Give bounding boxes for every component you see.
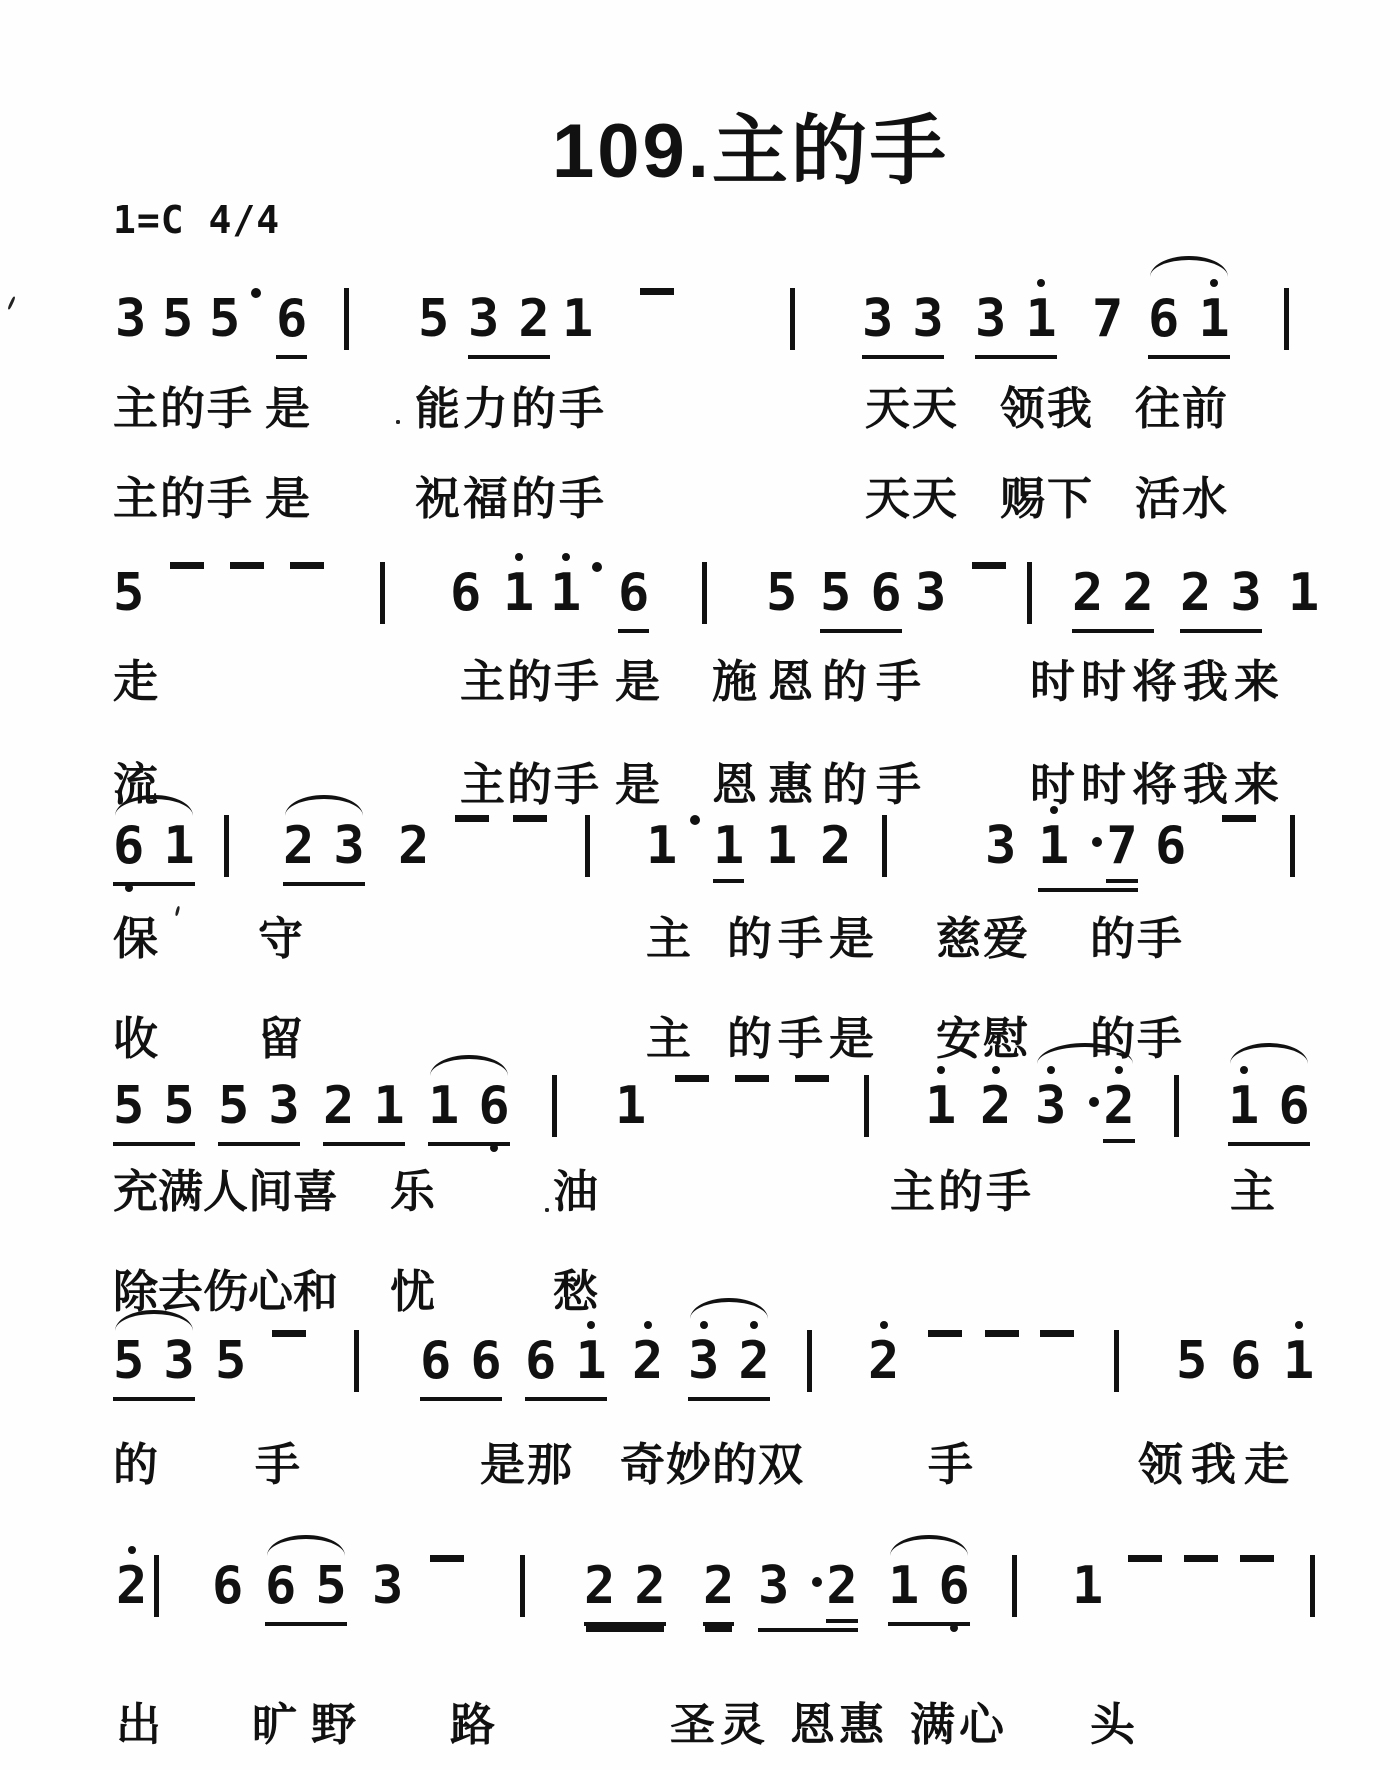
lyric-segment: 活水 xyxy=(1135,462,1229,527)
note-token: 2 xyxy=(584,1555,615,1617)
note-digit: 1 xyxy=(1072,1556,1103,1616)
barline xyxy=(585,815,590,877)
lyric-segment: 安慰 xyxy=(936,1002,1030,1067)
note-digit: 2 xyxy=(116,1556,147,1616)
note-token: 5 xyxy=(418,288,449,350)
note-token: 2 xyxy=(1103,1075,1134,1143)
note-token: 6 xyxy=(1230,1330,1261,1392)
note-digit: 6 xyxy=(113,816,144,876)
octave-dot-above xyxy=(1037,279,1045,287)
note-digit: 1 xyxy=(1038,816,1069,876)
note-group xyxy=(880,815,887,877)
lyric-segment: 恩 xyxy=(712,748,757,813)
note-digit: 2 xyxy=(738,1331,769,1391)
augmentation-dot xyxy=(1092,837,1102,847)
note-group xyxy=(640,288,674,322)
note-token: 6 xyxy=(420,1330,451,1392)
octave-dot-above xyxy=(644,1321,652,1329)
note-digit: 6 xyxy=(212,1556,243,1616)
note-group-slur: 16 xyxy=(888,1555,970,1626)
dash-extension xyxy=(985,1330,1019,1337)
note-token: 6 xyxy=(113,815,144,877)
dash-extension xyxy=(1240,1555,1274,1562)
lyrics-line: 保守主的手是慈爱的手 xyxy=(0,902,1400,964)
dash-extension xyxy=(1040,1330,1074,1337)
dash-extension xyxy=(1222,815,1256,822)
lyric-segment: 祝福的手 xyxy=(415,462,607,527)
lyric-segment: 圣灵 xyxy=(670,1688,770,1753)
octave-dot-above xyxy=(1050,806,1058,814)
note-digit: 5 xyxy=(315,1556,346,1616)
note-digit: 5 xyxy=(163,1076,194,1136)
lyric-segment: 旷野 xyxy=(252,1688,370,1753)
note-group: 2 xyxy=(116,1555,147,1617)
note-digit: 1 xyxy=(1228,1076,1259,1136)
note-digit: 3 xyxy=(468,289,499,349)
notes-line-5: 53566612322561 xyxy=(0,1330,1400,1408)
note-group xyxy=(1308,1555,1315,1617)
dash-extension xyxy=(455,815,489,822)
note-token: 2 xyxy=(738,1330,769,1392)
note-group xyxy=(1112,1330,1119,1392)
note-digit: 1 xyxy=(1025,289,1056,349)
barline xyxy=(1027,562,1032,624)
note-digit: 1 xyxy=(163,816,194,876)
barline xyxy=(1012,1555,1017,1617)
note-token: 1 xyxy=(1072,1555,1103,1617)
lyric-segment: 手 xyxy=(928,1428,973,1493)
note-token: 2 xyxy=(283,815,314,877)
lyric-segment: 天天 xyxy=(865,372,959,437)
note-group: 3 xyxy=(372,1555,403,1617)
octave-dot-above xyxy=(587,1321,595,1329)
barline xyxy=(354,1330,359,1392)
note-group xyxy=(352,1330,359,1392)
note-digit: 6 xyxy=(450,563,481,623)
note-digit: 5 xyxy=(418,289,449,349)
octave-dot-above xyxy=(700,1321,708,1329)
note-group xyxy=(686,815,700,846)
note-group: 6 xyxy=(1230,1330,1261,1392)
note-token: 5 xyxy=(820,562,851,624)
note-group: 2 xyxy=(980,1075,1011,1137)
note-digit: 2 xyxy=(820,816,851,876)
note-token: 3 xyxy=(985,815,1016,877)
note-group: 1 xyxy=(550,562,581,624)
note-digit: 3 xyxy=(912,289,943,349)
note-group xyxy=(430,1555,464,1589)
note-token: 1 xyxy=(163,815,194,877)
barline xyxy=(807,1330,812,1392)
note-token: 5 xyxy=(113,1330,144,1392)
lyric-segment: 是那 xyxy=(480,1428,574,1493)
note-digit: 6 xyxy=(276,289,307,349)
note-group-slur: 65 xyxy=(265,1555,347,1626)
note-token: 3 xyxy=(1230,562,1261,624)
note-digit: 6 xyxy=(470,1331,501,1391)
note-token: 2 xyxy=(980,1075,1011,1137)
notes-line-3: 6123211123176 xyxy=(0,815,1400,893)
note-group: 55 xyxy=(113,1075,195,1146)
note-token: 3 xyxy=(862,288,893,350)
note-group: 1 xyxy=(646,815,677,877)
note-group xyxy=(862,1075,869,1137)
note-group xyxy=(455,815,489,849)
note-digit: 1 xyxy=(428,1076,459,1136)
lyric-segment: 的手是 xyxy=(727,1002,880,1067)
note-token: 1 xyxy=(1283,1330,1314,1392)
lyrics-line: 的手是那奇妙的双手领我走 xyxy=(0,1428,1400,1490)
note-token: 1 xyxy=(888,1555,919,1617)
note-token: 2 xyxy=(868,1330,899,1392)
note-digit: 1 xyxy=(646,816,677,876)
note-group xyxy=(788,288,795,350)
lyrics-line: 走主的手是施恩的手时时将我来 xyxy=(0,645,1400,707)
note-digit: 3 xyxy=(985,816,1016,876)
note-group: 22 xyxy=(584,1555,666,1626)
note-group: 1 xyxy=(766,815,797,877)
note-digit: 3 xyxy=(1035,1076,1066,1136)
note-group: 2 xyxy=(820,815,851,877)
lyric-segment: 惠的手 xyxy=(768,748,930,813)
lyrics-line: 收留主的手是安慰的手 xyxy=(0,1002,1400,1064)
octave-dot-above xyxy=(1047,1066,1055,1074)
note-digit: 1 xyxy=(713,816,744,876)
lyrics-line: 主的手是能力的手天天领我往前 xyxy=(0,372,1400,434)
note-group-slur: 16 xyxy=(1228,1075,1310,1146)
lyric-segment: 是 xyxy=(615,645,660,710)
dash-extension xyxy=(513,815,547,822)
note-token: 1 xyxy=(1038,815,1069,877)
lyric-segment: 主的手 xyxy=(113,462,254,527)
note-group-slur: 32 xyxy=(688,1330,770,1401)
note-token: 1 xyxy=(1288,562,1319,624)
note-group xyxy=(805,1330,812,1392)
note-group xyxy=(230,562,264,596)
note-group: 5 xyxy=(418,288,449,350)
lyric-segment: 主的手 xyxy=(113,372,254,437)
lyric-segment: 主 xyxy=(1230,1155,1275,1220)
note-digit: 5 xyxy=(162,289,193,349)
lyrics-line: 流主的手是恩惠的手时时将我来 xyxy=(0,748,1400,810)
note-token: 2 xyxy=(323,1075,354,1137)
note-digit: 1 xyxy=(925,1076,956,1136)
note-token: 2 xyxy=(1122,562,1153,624)
lyric-segment: 的 xyxy=(113,1428,158,1493)
note-group: 1 xyxy=(925,1075,956,1137)
note-token: 1 xyxy=(1025,288,1056,350)
note-digit: 7 xyxy=(1106,816,1137,876)
lyric-segment: 奇妙的双 xyxy=(620,1428,804,1493)
note-token: 6 xyxy=(1155,815,1186,877)
note-digit: 1 xyxy=(1198,289,1229,349)
notes-line-2: 56116556322231 xyxy=(0,562,1400,640)
note-group-slur: 61 xyxy=(113,815,195,886)
note-token: 3 xyxy=(268,1075,299,1137)
note-group xyxy=(1025,562,1032,624)
note-digit: 2 xyxy=(868,1331,899,1391)
note-token: 6 xyxy=(212,1555,243,1617)
augmentation-dot xyxy=(1089,1097,1099,1107)
lyric-segment: 主的手 xyxy=(460,748,601,813)
note-token: 5 xyxy=(218,1075,249,1137)
note-token: 2 xyxy=(634,1555,665,1617)
note-token: 1 xyxy=(373,1075,404,1137)
lyric-segment: 愁 xyxy=(553,1255,598,1320)
note-group xyxy=(290,562,324,596)
note-group: 61 xyxy=(525,1330,607,1401)
lyric-segment: 忧 xyxy=(390,1255,435,1320)
octave-dot-above xyxy=(562,553,570,561)
barline xyxy=(520,1555,525,1617)
note-digit: 2 xyxy=(1072,563,1103,623)
sheet-music-page: 109.主的手 1=C 4/4 355653213331761主的手是能力的手天… xyxy=(0,0,1400,1770)
note-digit: 2 xyxy=(826,1556,857,1616)
note-group xyxy=(152,1555,159,1617)
note-group xyxy=(1282,288,1289,350)
note-digit: 5 xyxy=(113,1331,144,1391)
dash-extension xyxy=(928,1330,962,1337)
note-digit: 6 xyxy=(1148,289,1179,349)
note-group-slur: 23 xyxy=(283,815,365,886)
barline xyxy=(790,288,795,350)
note-digit: 3 xyxy=(115,289,146,349)
note-group xyxy=(1040,1330,1074,1364)
note-group: 6 xyxy=(276,288,307,359)
lyric-segment: 头 xyxy=(1090,1688,1135,1753)
octave-dot-above xyxy=(992,1066,1000,1074)
note-digit: 2 xyxy=(584,1556,615,1616)
lyric-segment: 领我走 xyxy=(1138,1428,1297,1493)
note-group: 1 xyxy=(713,815,744,883)
note-token: 7 xyxy=(1106,815,1137,883)
note-digit: 3 xyxy=(1230,563,1261,623)
lyric-segment: 主 xyxy=(646,1002,691,1067)
barline xyxy=(224,815,229,877)
note-group: 2 xyxy=(398,815,429,877)
note-group: 5 xyxy=(209,288,240,350)
lyric-segment: 主的手 xyxy=(460,645,601,710)
lyric-segment: 走 xyxy=(113,645,158,710)
note-digit: 1 xyxy=(373,1076,404,1136)
note-group: 5 xyxy=(1176,1330,1207,1392)
note-digit: 7 xyxy=(1092,289,1123,349)
note-token: 6 xyxy=(450,562,481,624)
lyric-segment: 往前 xyxy=(1135,372,1229,437)
note-group: 3 xyxy=(115,288,146,350)
note-token: 6 xyxy=(870,562,901,624)
note-digit: 2 xyxy=(518,289,549,349)
note-group xyxy=(1288,815,1295,877)
note-group xyxy=(1128,1555,1162,1589)
note-group xyxy=(675,1075,709,1109)
note-digit: 6 xyxy=(420,1331,451,1391)
note-group: 6 xyxy=(618,562,649,633)
note-token: 1 xyxy=(428,1075,459,1137)
note-group: 32 xyxy=(758,1555,858,1632)
note-group: 2 xyxy=(703,1555,734,1626)
note-group xyxy=(550,1075,557,1137)
barline xyxy=(154,1555,159,1617)
note-group xyxy=(972,562,1006,596)
note-digit: 5 xyxy=(218,1076,249,1136)
note-group xyxy=(378,562,385,624)
note-group xyxy=(222,815,229,877)
dash-extension xyxy=(1128,1555,1162,1562)
note-group xyxy=(513,815,547,849)
note-group xyxy=(1184,1555,1218,1589)
note-digit: 2 xyxy=(634,1556,665,1616)
lyric-segment: 出 xyxy=(116,1688,161,1753)
note-group xyxy=(272,1330,306,1364)
note-digit: 2 xyxy=(283,816,314,876)
lyric-segment: 充满人间喜 xyxy=(113,1155,338,1220)
octave-dot-below xyxy=(125,884,133,892)
note-token: 1 xyxy=(1228,1075,1259,1137)
dash-extension xyxy=(272,1330,306,1337)
note-group: 5 xyxy=(766,562,797,624)
note-token: 6 xyxy=(470,1330,501,1392)
note-digit: 3 xyxy=(758,1556,789,1616)
note-token: 3 xyxy=(372,1555,403,1617)
barline xyxy=(1114,1330,1119,1392)
lyric-segment: 的手 xyxy=(1090,902,1184,967)
lyric-segment: 是 xyxy=(615,748,660,813)
note-digit: 3 xyxy=(163,1331,194,1391)
note-digit: 2 xyxy=(632,1331,663,1391)
lyric-segment: 领我 xyxy=(1000,372,1094,437)
note-token: 1 xyxy=(646,815,677,877)
note-token: 6 xyxy=(265,1555,296,1617)
lyric-segment: 手 xyxy=(255,1428,300,1493)
note-digit: 6 xyxy=(938,1556,969,1616)
lyric-segment: 时时将我来 xyxy=(1030,748,1285,813)
lyric-segment: 路 xyxy=(450,1688,495,1753)
lyric-segment: 油 xyxy=(553,1155,598,1220)
note-token: 2 xyxy=(116,1555,147,1617)
note-digit: 2 xyxy=(980,1076,1011,1136)
octave-dot-above xyxy=(937,1066,945,1074)
note-group: 1 xyxy=(1072,1555,1103,1617)
note-group-slur: 32 xyxy=(1035,1075,1135,1143)
barline xyxy=(552,1075,557,1137)
note-group: 1 xyxy=(562,288,593,350)
note-group xyxy=(247,288,261,319)
note-digit: 6 xyxy=(870,563,901,623)
note-token: 5 xyxy=(163,1075,194,1137)
note-digit: 1 xyxy=(1283,1331,1314,1391)
note-group-slur: 53 xyxy=(113,1330,195,1401)
notes-line-6: 2665322232161 xyxy=(0,1555,1400,1633)
note-digit: 2 xyxy=(1122,563,1153,623)
note-group: 53 xyxy=(218,1075,300,1146)
note-group: 1 xyxy=(503,562,534,624)
barline xyxy=(702,562,707,624)
note-token: 3 xyxy=(915,562,946,624)
note-digit: 1 xyxy=(1288,563,1319,623)
note-group: 22 xyxy=(1072,562,1154,633)
octave-dot-above xyxy=(880,1321,888,1329)
note-digit: 5 xyxy=(1176,1331,1207,1391)
lyric-segment: 是 xyxy=(265,462,310,527)
note-group: 23 xyxy=(1180,562,1262,633)
lyric-segment: 时时将我来 xyxy=(1030,645,1285,710)
note-digit: 6 xyxy=(1230,1331,1261,1391)
note-digit: 1 xyxy=(550,563,581,623)
note-digit: 6 xyxy=(265,1556,296,1616)
note-group xyxy=(1222,815,1256,849)
note-token: 6 xyxy=(1148,288,1179,350)
note-digit: 2 xyxy=(398,816,429,876)
note-token: 3 xyxy=(1035,1075,1066,1137)
note-token: 3 xyxy=(758,1555,789,1617)
note-token: 2 xyxy=(398,815,429,877)
note-group xyxy=(928,1330,962,1364)
note-digit: 5 xyxy=(820,563,851,623)
note-group: 33 xyxy=(862,288,944,359)
octave-dot-above xyxy=(750,1321,758,1329)
note-token: 1 xyxy=(766,815,797,877)
note-group: 31 xyxy=(975,288,1057,359)
dash-extension xyxy=(290,562,324,569)
key-signature: 1=C 4/4 xyxy=(113,198,280,242)
note-token: 2 xyxy=(826,1555,857,1623)
note-token: 6 xyxy=(276,288,307,350)
barline xyxy=(1284,288,1289,350)
note-group-slur: 16 xyxy=(428,1075,510,1146)
note-token: 6 xyxy=(525,1330,556,1392)
note-group xyxy=(518,1555,525,1617)
note-digit: 6 xyxy=(1155,816,1186,876)
barline xyxy=(1290,815,1295,877)
barline xyxy=(864,1075,869,1137)
note-group: 3 xyxy=(915,562,946,624)
lyric-segment: 的手是 xyxy=(727,902,880,967)
note-digit: 3 xyxy=(688,1331,719,1391)
note-token: 2 xyxy=(820,815,851,877)
note-group: 6 xyxy=(1155,815,1186,877)
note-digit: 2 xyxy=(703,1556,734,1616)
note-token: 3 xyxy=(163,1330,194,1392)
note-digit: 3 xyxy=(915,563,946,623)
note-token: 6 xyxy=(1278,1075,1309,1137)
note-digit: 3 xyxy=(333,816,364,876)
note-digit: 5 xyxy=(209,289,240,349)
note-token: 3 xyxy=(333,815,364,877)
dash-extension xyxy=(795,1075,829,1082)
note-group: 3 xyxy=(985,815,1016,877)
note-digit: 3 xyxy=(975,289,1006,349)
note-group: 66 xyxy=(420,1330,502,1401)
note-group: 5 xyxy=(162,288,193,350)
note-digit: 5 xyxy=(113,563,144,623)
note-group: 17 xyxy=(1038,815,1138,892)
note-group xyxy=(583,815,590,877)
barline xyxy=(344,288,349,350)
note-digit: 1 xyxy=(575,1331,606,1391)
octave-dot-below xyxy=(490,1144,498,1152)
lyric-segment: 赐下 xyxy=(1000,462,1094,527)
note-group: 56 xyxy=(820,562,902,633)
note-token: 5 xyxy=(315,1555,346,1617)
note-digit: 5 xyxy=(113,1076,144,1136)
note-digit: 6 xyxy=(1278,1076,1309,1136)
note-group: 1 xyxy=(615,1075,646,1137)
note-digit: 5 xyxy=(766,563,797,623)
octave-dot-above xyxy=(1295,1321,1303,1329)
note-token: 7 xyxy=(1092,288,1123,350)
note-token: 2 xyxy=(518,288,549,350)
